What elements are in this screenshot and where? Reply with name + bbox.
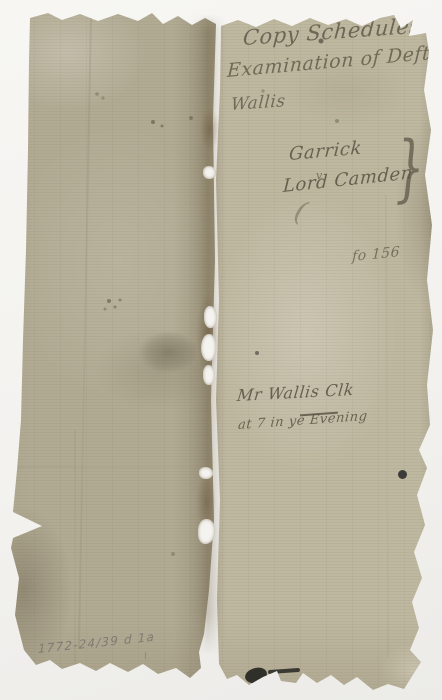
paper-hole [199, 467, 213, 479]
paper-hole [203, 166, 216, 179]
pencil-tick: ⌇ [142, 653, 149, 663]
crease-line [78, 16, 92, 648]
crease-line [12, 466, 212, 468]
paper-hole [201, 334, 216, 361]
case-brace: } [394, 130, 426, 204]
ink-dot [398, 470, 407, 479]
archival-reference-pencil: 1772-24/39 d 1a [38, 631, 155, 655]
paper-hole [203, 365, 215, 385]
case-name-plaintiff: Garrick [288, 140, 362, 165]
case-name-defendant: Lord Camden [283, 164, 414, 196]
paper-hole [204, 306, 217, 328]
attendance-note-line-1: Mr Wallis Clk [236, 382, 355, 404]
title-line-3: Wallis [230, 93, 286, 114]
folio-number: fo 156 [352, 245, 401, 264]
crease-line [385, 195, 389, 657]
manuscript-photo: 1772-24/39 d 1a ⌇ Copy Schedules to Exam… [0, 0, 442, 700]
left-page: 1772-24/39 d 1a ⌇ [8, 12, 220, 692]
title-line-2: Examination of Deft. [226, 44, 437, 82]
paper-specks [0, 0, 2, 2]
pen-flourish: ( [291, 197, 311, 227]
right-page: Copy Schedules to Examination of Deft. W… [196, 12, 442, 700]
attendance-note-line-2: at 7 in ye Evening [237, 410, 368, 432]
ink-blot-tail [268, 668, 300, 674]
ink-blot [244, 667, 268, 685]
